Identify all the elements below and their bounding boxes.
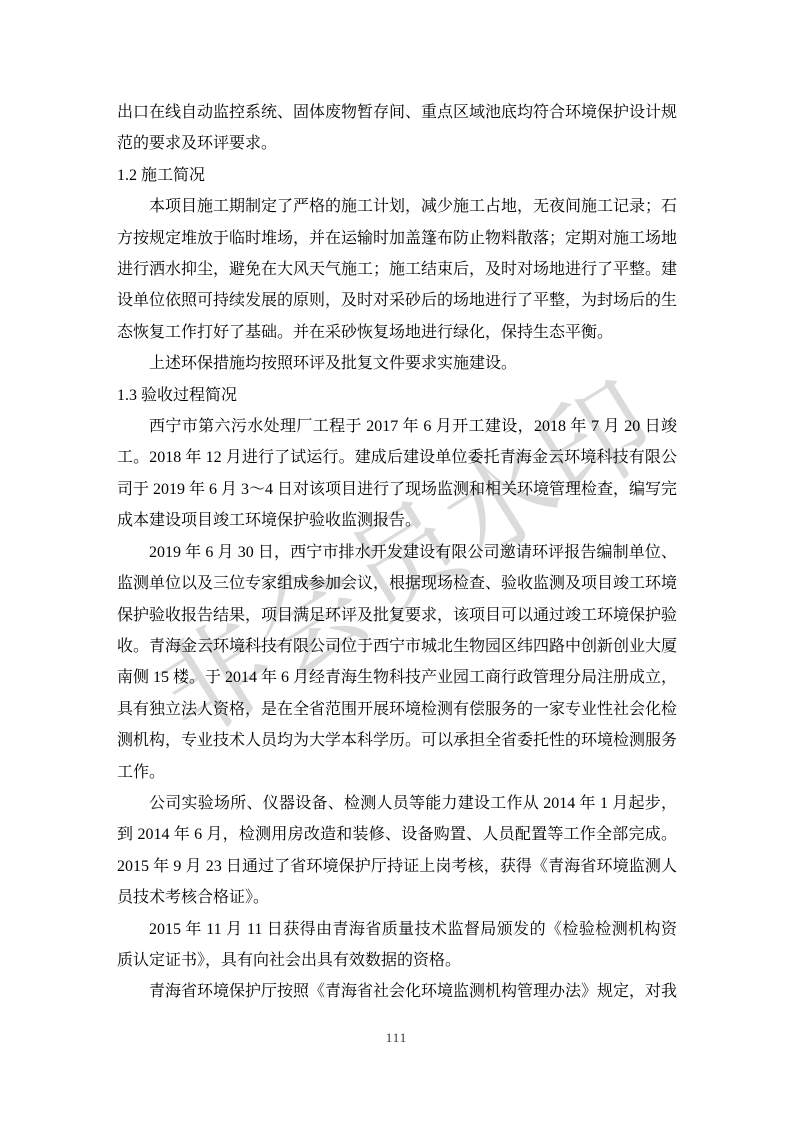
body-paragraph-construction: 本项目施工期制定了严格的施工计划，减少施工占地，无夜间施工记录；石方按规定堆放于… — [117, 191, 677, 348]
body-paragraph-capability: 公司实验场所、仪器设备、检测人员等能力建设工作从 2014 年 1 月起步，到 … — [117, 788, 677, 914]
body-paragraph-meeting-company: 2019 年 6 月 30 日，西宁市排水开发建设有限公司邀请环评报告编制单位、… — [117, 537, 677, 788]
section-heading-1-3: 1.3 验收过程简况 — [117, 380, 677, 411]
body-paragraph-continuation: 出口在线自动监控系统、固体废物暂存间、重点区域池底均符合环境保护设计规范的要求及… — [117, 97, 677, 160]
body-paragraph-regulation: 青海省环境保护厅按照《青海省社会化环境监测机构管理办法》规定，对我 — [117, 976, 677, 1007]
body-paragraph-acceptance-process: 西宁市第六污水处理厂工程于 2017 年 6 月开工建设，2018 年 7 月 … — [117, 411, 677, 537]
section-heading-1-2: 1.2 施工简况 — [117, 160, 677, 191]
page-content: 出口在线自动监控系统、固体废物暂存间、重点区域池底均符合环境保护设计规范的要求及… — [117, 97, 677, 1008]
body-paragraph-certificate: 2015 年 11 月 11 日获得由青海省质量技术监督局颁发的《检验检测机构资… — [117, 914, 677, 977]
body-paragraph-measures: 上述环保措施均按照环评及批复文件要求实施建设。 — [117, 348, 677, 379]
document-page: 非会员水印 出口在线自动监控系统、固体废物暂存间、重点区域池底均符合环境保护设计… — [0, 0, 793, 1122]
page-number: 111 — [0, 1030, 793, 1046]
